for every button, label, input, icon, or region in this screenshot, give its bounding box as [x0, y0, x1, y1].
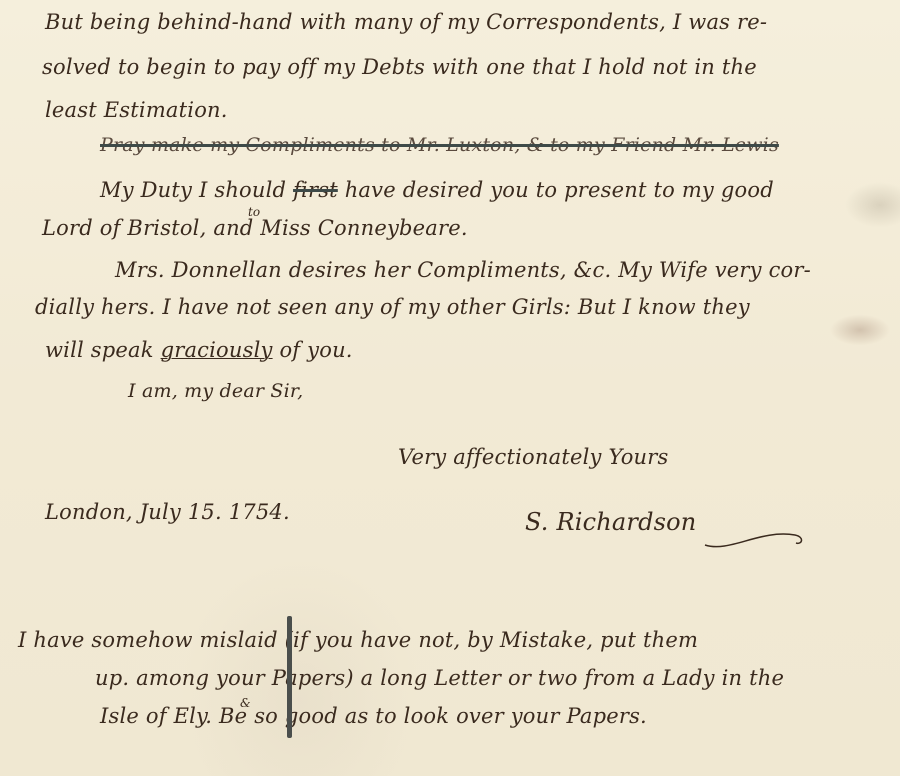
- speak-line: will speak graciously of you.: [45, 338, 353, 362]
- postscript-line-3: Isle of Ely. Be so good as to look over …: [100, 704, 647, 728]
- pencil-margin-mark: [287, 616, 292, 738]
- place-date: London, July 15. 1754.: [45, 500, 290, 524]
- letter-line-1: But being behind-hand with many of my Co…: [45, 10, 767, 34]
- signature-flourish: [700, 515, 810, 555]
- struck-word-first: first: [293, 178, 338, 202]
- postscript-line-2: up. among your Papers) a long Letter or …: [95, 666, 784, 690]
- signature: S. Richardson: [525, 508, 696, 536]
- bristol-line: Lord of Bristol, and Miss Conneybeare.: [42, 216, 468, 240]
- salutation: I am, my dear Sir,: [128, 380, 303, 402]
- manuscript-page: But being behind-hand with many of my Co…: [0, 0, 900, 776]
- speak-line-after: of you.: [273, 338, 353, 362]
- donnellan-line-2: dially hers. I have not seen any of my o…: [35, 295, 750, 319]
- letter-line-3: least Estimation.: [45, 98, 228, 122]
- duty-line-before: My Duty I should: [100, 178, 293, 202]
- closing: Very affectionately Yours: [398, 445, 668, 469]
- letter-line-2: solved to begin to pay off my Debts with…: [42, 55, 757, 79]
- struck-out-line: Pray make my Compliments to Mr. Luxton, …: [100, 134, 779, 156]
- speak-line-before: will speak: [45, 338, 161, 362]
- duty-line-after: have desired you to present to my good: [338, 178, 774, 202]
- underlined-word-graciously: graciously: [161, 338, 273, 362]
- postscript-line-1: I have somehow mislaid (if you have not,…: [18, 628, 698, 652]
- donnellan-line-1: Mrs. Donnellan desires her Compliments, …: [115, 258, 811, 282]
- duty-line: My Duty I should first have desired you …: [100, 178, 774, 202]
